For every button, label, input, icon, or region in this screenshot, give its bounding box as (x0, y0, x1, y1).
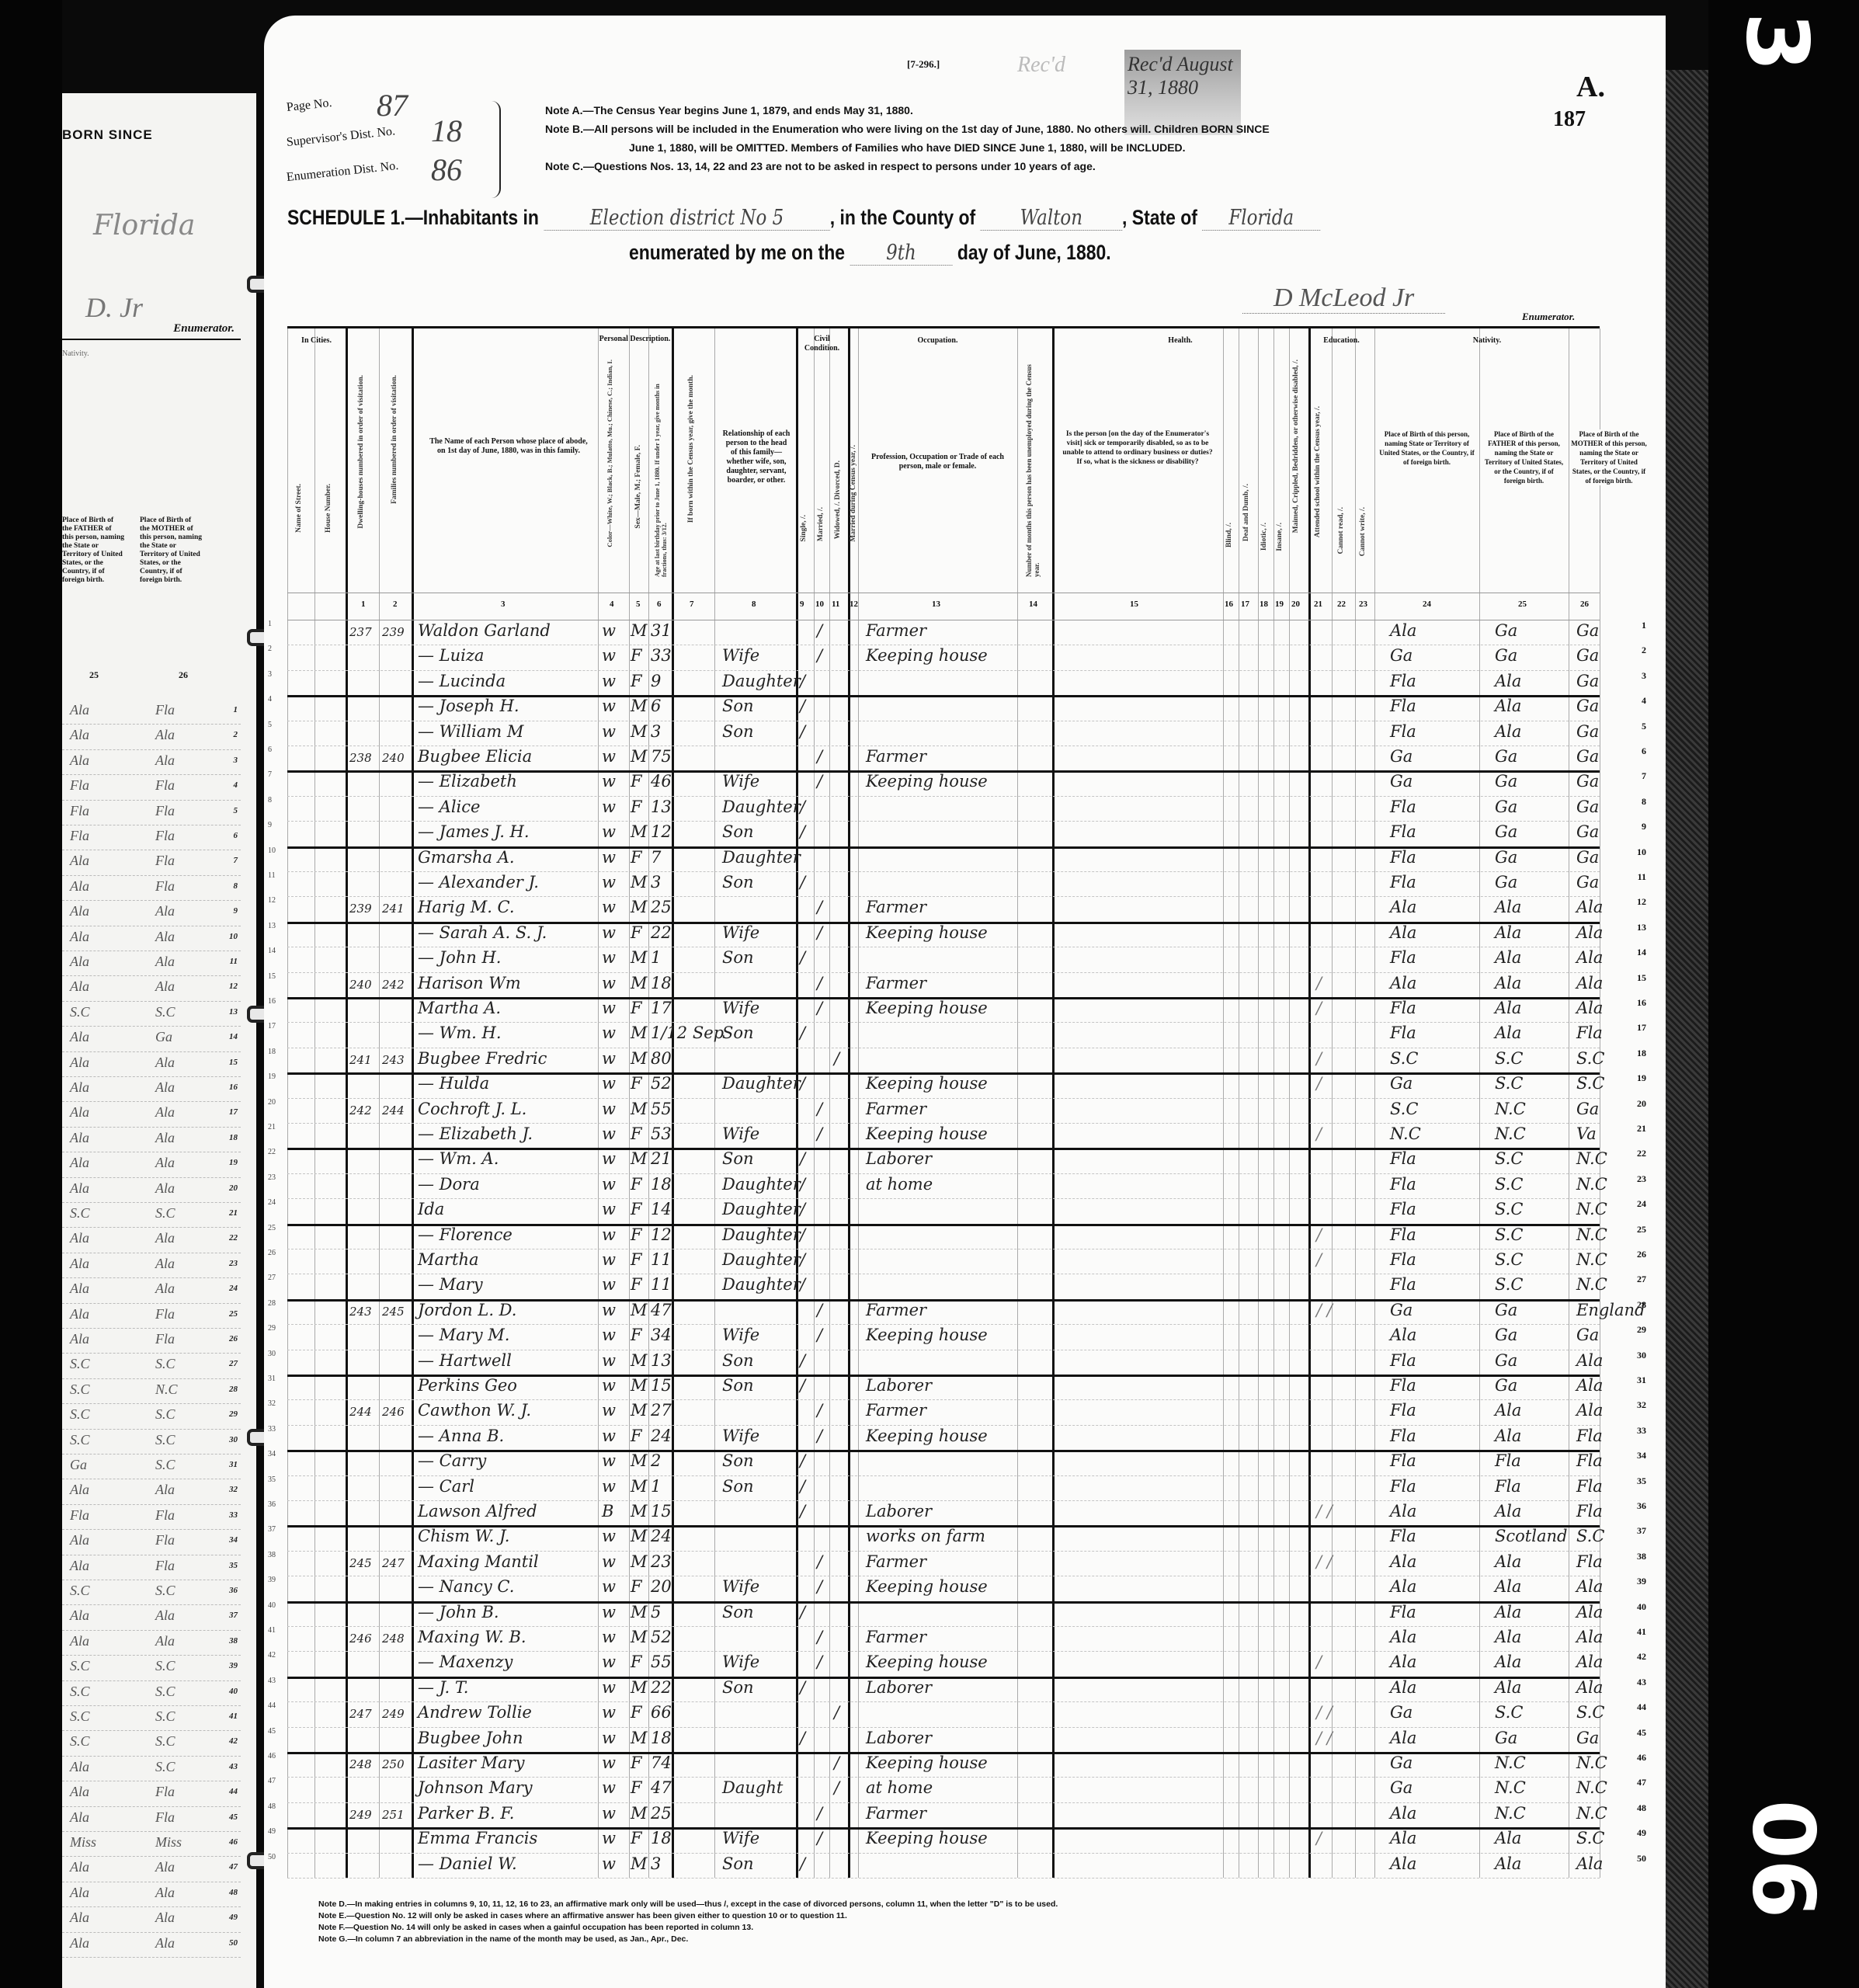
family-number: 243 (382, 1053, 405, 1067)
person-name: — Anna B. (418, 1427, 504, 1445)
sex: M (631, 1603, 648, 1621)
age: 11 (651, 1275, 672, 1294)
left-row-number: 29 (229, 1409, 238, 1419)
left-father-birthplace: Ala (70, 702, 89, 718)
father-birthplace: S.C (1495, 1149, 1523, 1168)
birthplace: Ala (1390, 1804, 1416, 1823)
civil-condition-mark: / (800, 1502, 805, 1521)
civil-condition-mark: / (800, 1275, 805, 1294)
left-father-birthplace: Fla (70, 828, 89, 844)
row-number-right: 19 (1637, 1072, 1646, 1084)
census-row: 37Chism W. J.wM24works on farmFlaScotlan… (287, 1525, 1600, 1551)
mother-birthplace: Ga (1576, 873, 1599, 891)
left-page-born-since: BORN SINCE (62, 127, 153, 143)
father-birthplace: Ala (1495, 1552, 1521, 1571)
civil-condition-mark: / (817, 1804, 822, 1823)
left-row-number: 19 (229, 1158, 238, 1167)
person-name: Waldon Garland (418, 621, 551, 640)
census-row: 48249251Parker B. F.wM25FarmerAlaN.CN.C4… (287, 1802, 1600, 1830)
age: 55 (651, 1653, 672, 1671)
left-page-row: AlaAla49 (62, 1906, 241, 1932)
header-born-month: If born within the Census year, give the… (687, 375, 695, 523)
sex: M (631, 1552, 648, 1571)
left-mother-birthplace: S.C (155, 1457, 175, 1473)
civil-condition-mark: / (800, 1351, 805, 1370)
age: 18 (651, 974, 672, 992)
supervisor-dist-value: 18 (431, 113, 462, 149)
birthplace: Ga (1390, 772, 1412, 791)
header-widowed: Widowed, /. Divorced, D. (834, 461, 842, 539)
sex: M (631, 722, 648, 741)
mother-birthplace: Ga (1576, 747, 1599, 766)
color: w (602, 1074, 616, 1093)
civil-condition-mark: / (817, 1301, 822, 1319)
mother-birthplace: Ala (1576, 999, 1603, 1017)
father-birthplace: S.C (1495, 1175, 1523, 1194)
left-father-birthplace: Ala (70, 1029, 89, 1045)
relationship: Son (722, 1678, 754, 1697)
family-number: 251 (382, 1808, 405, 1822)
left-mother-birthplace: Ala (155, 1230, 175, 1246)
left-father-birthplace: S.C (70, 1356, 90, 1372)
left-mother-birthplace: Fla (155, 853, 175, 869)
occupation: Farmer (866, 1804, 926, 1823)
left-row-number: 8 (234, 881, 238, 891)
film-number-top: 3 (1727, 12, 1826, 72)
birthplace: Ala (1390, 1577, 1416, 1596)
row-number: 10 (268, 846, 276, 855)
sex: M (631, 974, 648, 992)
row-number-right: 4 (1642, 695, 1646, 707)
census-row: 21— Elizabeth J.wF53WifeKeeping house/N.… (287, 1123, 1600, 1150)
age: 1 (651, 1477, 661, 1496)
left-mother-birthplace: Ala (155, 1910, 175, 1926)
age: 47 (651, 1778, 672, 1797)
census-row: 26MarthawF11Daughter/FlaS.CN.C26/ (287, 1249, 1600, 1274)
left-row-number: 40 (229, 1687, 238, 1696)
sex: F (631, 1653, 642, 1671)
birthplace: Ga (1390, 1074, 1412, 1093)
left-page-row: AlaS.C43 (62, 1756, 241, 1781)
row-number: 6 (268, 745, 272, 754)
birthplace: Fla (1390, 798, 1416, 816)
civil-condition-mark: / (817, 1653, 822, 1671)
left-father-birthplace: Ala (70, 1759, 89, 1775)
left-mother-birthplace: Ala (155, 1104, 175, 1121)
census-row: 23— DorawF18Daughterat homeFlaS.CN.C23/ (287, 1173, 1600, 1199)
color: w (602, 1301, 616, 1319)
county-label: , in the County of (830, 206, 975, 229)
person-name: Cawthon W. J. (418, 1401, 531, 1420)
mother-birthplace: Ala (1576, 923, 1603, 942)
color: B (602, 1502, 613, 1521)
person-name: — Luiza (418, 646, 484, 665)
row-number: 32 (268, 1399, 276, 1408)
left-mother-birthplace: Fla (155, 803, 175, 819)
sex: M (631, 1049, 648, 1068)
note-e: Note E.—Question No. 12 will only be ask… (318, 1910, 1058, 1922)
left-father-birthplace: S.C (70, 1658, 90, 1674)
header-sickness: Is the person [on the day of the Enumera… (1060, 429, 1215, 467)
education-marks: / (1316, 1074, 1322, 1093)
father-birthplace: S.C (1495, 1200, 1523, 1218)
person-name: — Daniel W. (418, 1854, 517, 1873)
father-birthplace: Ala (1495, 1427, 1521, 1445)
birthplace: Fla (1390, 1024, 1416, 1042)
left-mother-birthplace: Ala (155, 1055, 175, 1071)
color: w (602, 1451, 616, 1470)
row-number: 11 (268, 871, 276, 880)
relationship: Son (722, 697, 754, 715)
row-number-right: 17 (1637, 1022, 1646, 1034)
row-number-right: 12 (1637, 896, 1646, 908)
census-row: 9— James J. H.wM12SonFlaGaGa9/ (287, 821, 1600, 848)
census-row: 32244246Cawthon W. J.wM27FarmerFlaAlaAla… (287, 1399, 1600, 1425)
sex: F (631, 1225, 642, 1244)
header-maimed: Maimed, Crippled, Bedridden, or otherwis… (1292, 360, 1300, 533)
age: 74 (651, 1753, 672, 1772)
occupation: Farmer (866, 898, 926, 916)
census-row: 50— Daniel W.wM3SonAlaAlaAla50/ (287, 1853, 1600, 1879)
row-number: 38 (268, 1551, 276, 1559)
column-number: 3 (501, 600, 506, 609)
row-number-right: 28 (1637, 1299, 1646, 1311)
age: 20 (651, 1577, 672, 1596)
left-father-birthplace: S.C (70, 1733, 90, 1750)
civil-condition-mark: / (817, 898, 822, 916)
color: w (602, 1628, 616, 1646)
left-row-number: 31 (229, 1460, 238, 1469)
mother-birthplace: Ga (1576, 697, 1599, 715)
civil-condition-mark: / (817, 999, 822, 1017)
sex: M (631, 1149, 648, 1168)
person-name: Lawson Alfred (418, 1502, 537, 1521)
age: 17 (651, 999, 672, 1017)
left-mother-birthplace: Ala (155, 1885, 175, 1901)
birthplace: Ala (1390, 1552, 1416, 1571)
left-father-birthplace: Ala (70, 1130, 89, 1146)
left-mother-birthplace: Ala (155, 1482, 175, 1498)
left-mother-birthplace: Fla (155, 1558, 175, 1574)
age: 24 (651, 1527, 672, 1545)
left-page-enumerator: D. Jr (85, 291, 143, 324)
person-name: — J. T. (418, 1678, 468, 1697)
mother-birthplace: Ala (1576, 1401, 1603, 1420)
father-birthplace: Ala (1495, 1829, 1521, 1847)
color: w (602, 1678, 616, 1697)
mother-birthplace: N.C (1576, 1275, 1607, 1294)
mother-birthplace: Ga (1576, 798, 1599, 816)
left-mother-birthplace: Ala (155, 1155, 175, 1171)
column-number: 19 (1275, 600, 1284, 609)
mother-birthplace: Ala (1576, 1376, 1603, 1395)
birthplace: Ga (1390, 1753, 1412, 1772)
occupation: Keeping house (866, 1074, 988, 1093)
left-row-number: 38 (229, 1636, 238, 1646)
person-name: Lasiter Mary (418, 1753, 524, 1772)
left-mother-birthplace: Ala (155, 1079, 175, 1096)
left-mother-birthplace: N.C (155, 1382, 178, 1398)
mother-birthplace: Fla (1576, 1024, 1603, 1042)
row-number-right: 31 (1637, 1375, 1646, 1386)
mother-birthplace: Ala (1576, 1577, 1603, 1596)
left-page-row: AlaFla35 (62, 1555, 241, 1580)
left-page-row: AlaFla1 (62, 699, 241, 725)
civil-condition-mark: / (817, 974, 822, 992)
row-number: 14 (268, 947, 276, 955)
occupation: Keeping house (866, 1427, 988, 1445)
left-row-number: 11 (230, 957, 238, 966)
row-number: 35 (268, 1475, 276, 1484)
birthplace: Ga (1390, 747, 1412, 766)
row-number: 15 (268, 972, 276, 981)
mother-birthplace: Ga (1576, 646, 1599, 665)
page-no-label: Page No. (286, 96, 332, 115)
birthplace: Ala (1390, 1326, 1416, 1344)
group-in-cities: In Cities. (287, 336, 346, 346)
dwelling-number: 244 (349, 1405, 372, 1419)
row-number: 49 (268, 1827, 276, 1836)
census-row: 34— CarrywM2SonFlaFlaFla34/ (287, 1450, 1600, 1475)
relationship: Son (722, 1477, 754, 1496)
census-row: 5— William MwM3SonFlaAlaGa5/ (287, 721, 1600, 746)
father-birthplace: Ga (1495, 798, 1517, 816)
enumerator-label: Enumerator. (1522, 311, 1575, 323)
mother-birthplace: Ala (1576, 974, 1603, 992)
person-name: Harison Wm (418, 974, 521, 992)
mother-birthplace: Ga (1576, 772, 1599, 791)
mother-birthplace: Ala (1576, 1854, 1603, 1873)
person-name: — Carl (418, 1477, 474, 1496)
census-row: 3— LucindawF9DaughterFlaAlaGa3/ (287, 670, 1600, 697)
birthplace: Ga (1390, 1778, 1412, 1797)
birthplace: Fla (1390, 672, 1416, 690)
left-page-header-25: Place of Birth of the FATHER of this per… (62, 516, 124, 585)
left-row-number: 42 (229, 1736, 238, 1746)
row-number-right: 48 (1637, 1802, 1646, 1814)
row-number-right: 37 (1637, 1525, 1646, 1537)
occupation: Farmer (866, 1552, 926, 1571)
person-name: — William M (418, 722, 523, 741)
column-number: 26 (1580, 600, 1589, 609)
left-row-number: 17 (229, 1107, 238, 1117)
age: 9 (651, 672, 661, 690)
father-birthplace: Scotland (1495, 1527, 1567, 1545)
row-number-right: 7 (1642, 770, 1646, 782)
color: w (602, 747, 616, 766)
left-row-number: 2 (234, 730, 238, 739)
occupation: Keeping house (866, 923, 988, 942)
left-father-birthplace: Fla (70, 803, 89, 819)
birthplace: Fla (1390, 1603, 1416, 1621)
left-row-number: 26 (229, 1334, 238, 1343)
census-row: 14— John H.wM1SonFlaAlaAla14/ (287, 947, 1600, 972)
person-name: Ida (418, 1200, 444, 1218)
relationship: Daughter (722, 1250, 801, 1269)
color: w (602, 822, 616, 841)
dwelling-number: 240 (349, 978, 372, 992)
census-row: 25— FlorencewF12Daughter/FlaS.CN.C25/ (287, 1224, 1600, 1249)
row-number: 37 (268, 1525, 276, 1534)
color: w (602, 1351, 616, 1370)
left-father-birthplace: Ala (70, 853, 89, 869)
left-page-row: FlaFla4 (62, 774, 241, 800)
census-row: 22— Wm. A.wM21SonLaborerFlaS.CN.C22/ (287, 1148, 1600, 1173)
father-birthplace: S.C (1495, 1049, 1523, 1068)
person-name: — Nancy C. (418, 1577, 514, 1596)
row-number-right: 13 (1637, 922, 1646, 933)
birthplace: Ga (1390, 1703, 1412, 1722)
left-row-number: 4 (234, 780, 238, 790)
birthplace: Fla (1390, 1175, 1416, 1194)
column-number: 23 (1359, 600, 1367, 609)
left-father-birthplace: Ala (70, 1885, 89, 1901)
row-number: 40 (268, 1601, 276, 1610)
relationship: Son (722, 822, 754, 841)
row-number: 42 (268, 1651, 276, 1660)
education-marks: / / (1316, 1552, 1333, 1571)
sex: M (631, 1351, 648, 1370)
row-number-right: 24 (1637, 1198, 1646, 1210)
father-birthplace: Ala (1495, 722, 1521, 741)
dwelling-number: 248 (349, 1757, 372, 1771)
note-c: Note C.—Questions Nos. 13, 14, 22 and 23… (545, 157, 1270, 176)
person-name: — Alice (418, 798, 480, 816)
row-number-right: 14 (1637, 947, 1646, 958)
header-idiotic: Idiotic, /. (1260, 523, 1268, 551)
civil-condition-mark: / (800, 1149, 805, 1168)
column-number: 20 (1291, 600, 1300, 609)
row-number: 8 (268, 796, 272, 805)
left-mother-birthplace: S.C (155, 1205, 175, 1222)
dwelling-number: 241 (349, 1053, 372, 1067)
left-row-number: 3 (234, 756, 238, 765)
occupation: Farmer (866, 974, 926, 992)
left-page-row: S.CS.C36 (62, 1580, 241, 1605)
age: 5 (651, 1603, 661, 1621)
age: 53 (651, 1124, 672, 1143)
left-father-birthplace: Fla (70, 1507, 89, 1524)
census-row: 38245247Maxing MantilwM23Farmer/ /AlaAla… (287, 1551, 1600, 1576)
civil-condition-mark: / (817, 621, 822, 640)
dwelling-number: 243 (349, 1305, 372, 1319)
census-row: 31Perkins GeowM15SonLaborerFlaGaAla31/ (287, 1375, 1600, 1400)
row-number: 25 (268, 1224, 276, 1232)
birthplace: Fla (1390, 1149, 1416, 1168)
left-page-row: AlaAla15 (62, 1051, 241, 1077)
left-page-row: S.CS.C42 (62, 1730, 241, 1756)
mother-birthplace: N.C (1576, 1175, 1607, 1194)
father-birthplace: Ga (1495, 848, 1517, 867)
left-father-birthplace: Ala (70, 1633, 89, 1649)
row-number: 2 (268, 645, 272, 653)
row-number: 41 (268, 1626, 276, 1635)
education-marks: / (1316, 1049, 1322, 1068)
census-row: 35— CarlwM1SonFlaFlaFla35/ (287, 1475, 1600, 1501)
left-father-birthplace: Ala (70, 878, 89, 895)
age: 52 (651, 1628, 672, 1646)
column-number: 8 (752, 600, 756, 609)
census-row: 47Johnson MarywF47Daughtat homeGaN.CN.C4… (287, 1777, 1600, 1802)
sheet-letter: A. (1576, 70, 1605, 104)
left-page-state: Florida (93, 210, 195, 242)
father-birthplace: Ala (1495, 1678, 1521, 1697)
age: 7 (651, 848, 661, 867)
census-row: 30— HartwellwM13SonFlaGaAla30/ (287, 1350, 1600, 1377)
civil-condition-mark: / (800, 1376, 805, 1395)
civil-condition-mark: / (817, 923, 822, 942)
left-father-birthplace: Ga (70, 1457, 87, 1473)
relationship: Daughter (722, 1275, 801, 1294)
occupation: Keeping house (866, 1577, 988, 1596)
education-marks: / (1316, 1124, 1322, 1143)
header-unemployed: Number of months this person has been un… (1025, 360, 1045, 577)
left-row-number: 13 (229, 1007, 238, 1017)
birthplace: Ala (1390, 1854, 1416, 1873)
left-row-number: 30 (229, 1435, 238, 1444)
census-row: 24IdawF14DaughterFlaS.CN.C24/ (287, 1198, 1600, 1225)
left-mother-birthplace: Ala (155, 978, 175, 995)
sex: M (631, 1301, 648, 1319)
person-name: — Sarah A. S. J. (418, 923, 547, 942)
civil-condition-mark: / (817, 646, 822, 665)
left-page-row: AlaAla37 (62, 1604, 241, 1630)
brace (485, 101, 501, 198)
mother-birthplace: S.C (1576, 1527, 1604, 1545)
sex: M (631, 873, 648, 891)
header-married-census-year: Married during Census year, /. (850, 445, 857, 542)
sex: F (631, 1250, 642, 1269)
dwelling-number: 245 (349, 1556, 372, 1570)
education-marks: / (1316, 1250, 1322, 1269)
birthplace: Fla (1390, 1275, 1416, 1294)
person-name: Bugbee Fredric (418, 1049, 547, 1068)
birthplace: S.C (1390, 1100, 1418, 1118)
row-number-right: 36 (1637, 1500, 1646, 1512)
row-number-right: 25 (1637, 1224, 1646, 1236)
mother-birthplace: N.C (1576, 1225, 1607, 1244)
relationship: Wife (722, 1577, 759, 1596)
left-page-row: FlaFla6 (62, 825, 241, 850)
left-mother-birthplace: Fla (155, 1809, 175, 1826)
person-name: — James J. H. (418, 822, 530, 841)
sex: F (631, 1778, 642, 1797)
sex: F (631, 772, 642, 791)
note-a: Note A.—The Census Year begins June 1, 1… (545, 101, 1270, 120)
left-page-row: AlaFla44 (62, 1781, 241, 1806)
person-name: — Dora (418, 1175, 480, 1194)
enumerated-prefix: enumerated by me on the (629, 241, 845, 264)
education-marks: / / (1316, 1729, 1333, 1747)
left-row-number: 39 (229, 1661, 238, 1670)
group-health: Health. (1052, 336, 1308, 346)
birthplace: Fla (1390, 1427, 1416, 1445)
left-mother-birthplace: S.C (155, 1708, 175, 1725)
column-number: 7 (690, 600, 694, 609)
color: w (602, 646, 616, 665)
age: 3 (651, 722, 661, 741)
row-number: 44 (268, 1701, 276, 1710)
age: 1 (651, 948, 661, 967)
left-page-row: AlaAla32 (62, 1479, 241, 1504)
header-family: Families numbered in order of visitation… (391, 375, 398, 504)
person-name: — John B. (418, 1603, 499, 1621)
header-cannot-read: Cannot read, /. (1337, 507, 1345, 554)
sex: M (631, 822, 648, 841)
left-page-row: AlaAla18 (62, 1127, 241, 1152)
relationship: Daughter (722, 1074, 801, 1093)
age: 15 (651, 1376, 672, 1395)
